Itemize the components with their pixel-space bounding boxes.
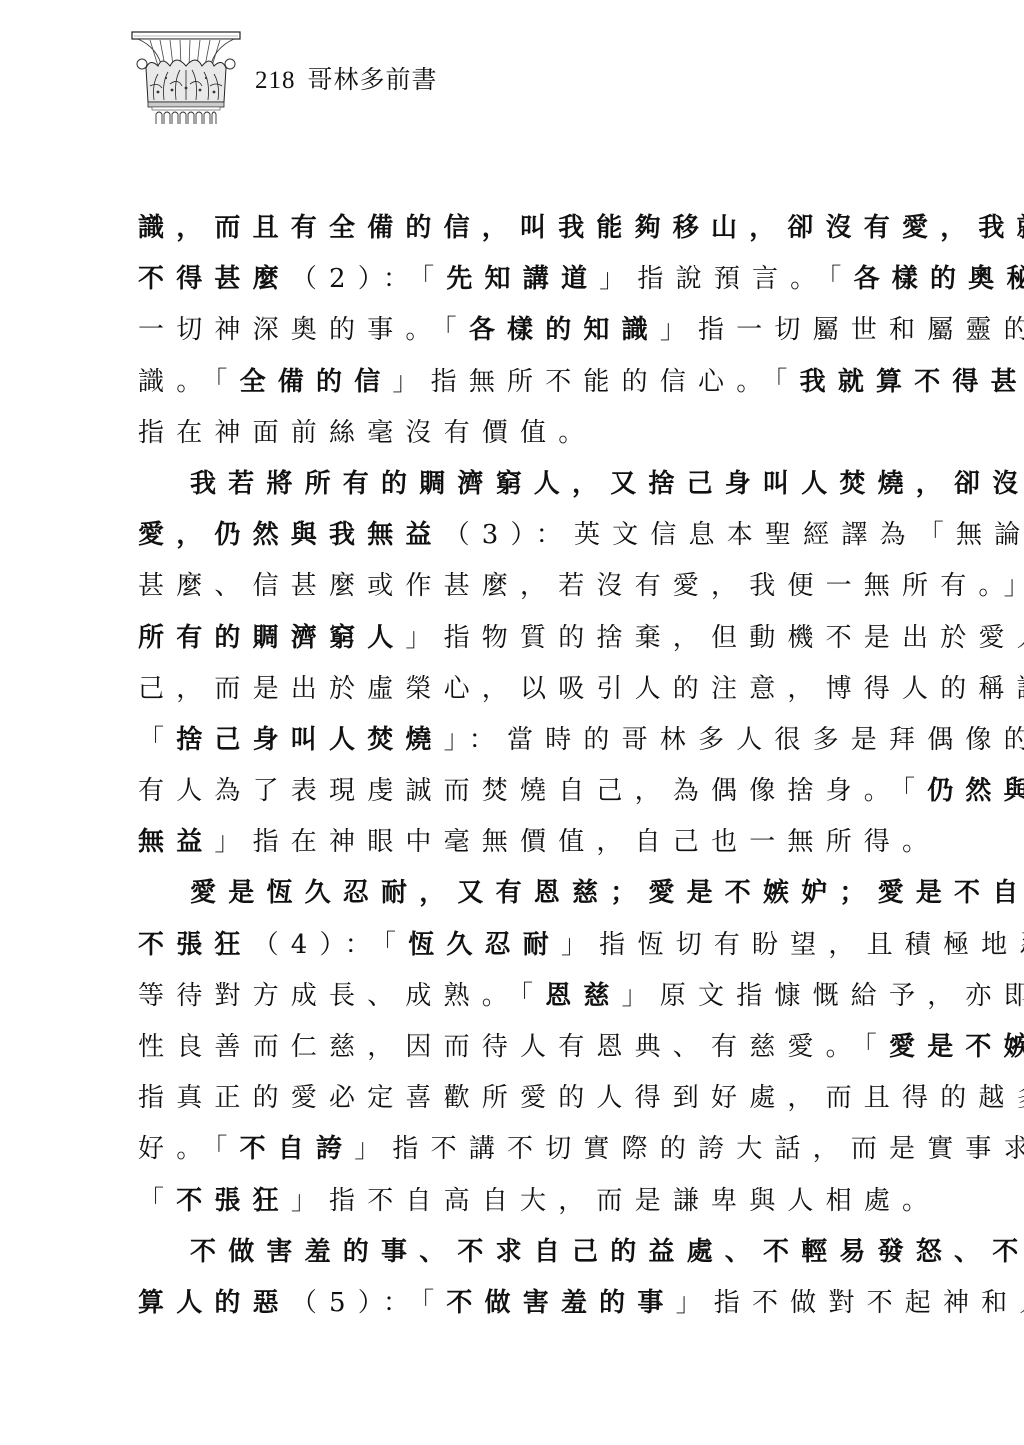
scripture-quote: 識，而且有全備的信，叫我能夠移山，卻沒有愛，我就算 [138,213,1024,243]
commentary-text: 」指無所不能的信心。「 [392,367,799,397]
commentary-text: 」原文指慷慨給予，亦即心 [622,981,1024,1011]
commentary-text: 識。「 [138,367,240,397]
commentary-text: 有人為了表現虔誠而焚燒自己，為偶像捨身。「 [138,776,927,806]
commentary-text: 等待對方成長、成熟。「 [138,981,545,1011]
text-line: 等待對方成長、成熟。「恩慈」原文指慷慨給予，亦即心 [138,971,866,1022]
text-line: 識，而且有全備的信，叫我能夠移山，卻沒有愛，我就算 [138,203,866,254]
scripture-quote: 愛是不嫉妒 [889,1032,1024,1062]
page-number: 218 [255,67,296,94]
corinthian-capital-icon [128,28,244,126]
text-line: 無益」指在神眼中毫無價值，自己也一無所得。 [138,817,866,868]
commentary-text: 好。「 [138,1134,240,1164]
scripture-quote: 我若將所有的賙濟窮人，又捨己身叫人焚燒，卻沒有 [190,469,1024,499]
scripture-quote: 不張狂 [176,1186,291,1216]
text-line: 算人的惡（5）：「不做害羞的事」指不做對不起神和人的 [138,1278,866,1329]
commentary-text: 甚麼、信甚麼或作甚麼，若沒有愛，我便一無所有。」「 [138,571,1024,601]
text-line: 識。「全備的信」指無所不能的信心。「我就算不得甚麼」 [138,357,866,408]
text-line: 指在神面前絲毫沒有價值。 [138,408,866,459]
running-head: 218哥林多前書 [255,60,438,96]
scripture-quote: 所有的賙濟窮人 [138,623,405,653]
page-header: 218哥林多前書 [0,0,1024,140]
commentary-text: 」指不做對不起神和人的 [676,1288,1024,1318]
text-line: 好。「不自誇」指不講不切實際的誇大話，而是實事求是。 [138,1124,866,1175]
commentary-text: 指在神面前絲毫沒有價值。 [138,418,596,448]
scripture-quote: 先知講道 [446,264,599,294]
commentary-text: 」指說預言。「 [599,264,853,294]
scripture-quote: 不做害羞的事 [446,1288,675,1318]
text-line: 性良善而仁慈，因而待人有恩典、有慈愛。「愛是不嫉妒」 [138,1022,866,1073]
commentary-text: 「 [138,1186,176,1216]
commentary-text: 」指在神眼中毫無價值，自己也一無所得。 [214,827,940,857]
text-line: 甚麼、信甚麼或作甚麼，若沒有愛，我便一無所有。」「將 [138,561,866,612]
scripture-quote: 不張狂 [138,930,253,960]
commentary-text: 」指不自高自大，而是謙卑與人相處。 [291,1186,940,1216]
commentary-text: 一切神深奧的事。「 [138,315,469,345]
commentary-text: 」：當時的哥林多人很多是拜偶像的， [444,725,1024,755]
commentary-text: 」指物質的捨棄，但動機不是出於愛人如 [405,623,1024,653]
commentary-text: 」指一切屬世和屬靈的知 [660,315,1024,345]
text-line: 所有的賙濟窮人」指物質的捨棄，但動機不是出於愛人如 [138,613,866,664]
scripture-quote: 捨己身叫人焚燒 [176,725,443,755]
text-line: 「不張狂」指不自高自大，而是謙卑與人相處。 [138,1176,866,1227]
text-line: 「捨己身叫人焚燒」：當時的哥林多人很多是拜偶像的， [138,715,866,766]
scripture-quote: 仍然與我 [927,776,1024,806]
scripture-quote: 不做害羞的事、不求自己的益處、不輕易發怒、不計 [190,1237,1024,1267]
commentary-body: 識，而且有全備的信，叫我能夠移山，卻沒有愛，我就算不得甚麼（2）：「先知講道」指… [138,203,866,1329]
scripture-quote: 算人的惡 [138,1288,291,1318]
commentary-text: 」指不講不切實際的誇大話，而是實事求是。 [354,1134,1024,1164]
commentary-text: 性良善而仁慈，因而待人有恩典、有慈愛。「 [138,1032,889,1062]
scripture-quote: 恆久忍耐 [408,930,561,960]
scripture-quote: 全備的信 [240,367,393,397]
text-line: 不張狂（4）：「恆久忍耐」指恆切有盼望，且積極地忍耐 [138,920,866,971]
text-line: 有人為了表現虔誠而焚燒自己，為偶像捨身。「仍然與我 [138,766,866,817]
commentary-text: 指真正的愛必定喜歡所愛的人得到好處，而且得的越多越 [138,1083,1024,1113]
scripture-quote: 無益 [138,827,214,857]
book-title: 哥林多前書 [308,67,438,94]
commentary-text: 」指恆切有盼望，且積極地忍耐 [561,930,1024,960]
text-line: 愛，仍然與我無益（3）：英文信息本聖經譯為「無論我說 [138,510,866,561]
scripture-quote: 恩慈 [545,981,621,1011]
scripture-quote: 愛，仍然與我無益 [138,520,444,550]
scripture-quote: 愛是恆久忍耐，又有恩慈；愛是不嫉妒；愛是不自誇、 [190,878,1024,908]
text-line: 我若將所有的賙濟窮人，又捨己身叫人焚燒，卻沒有 [138,459,866,510]
commentary-text: （5）：「 [291,1288,447,1318]
text-line: 一切神深奧的事。「各樣的知識」指一切屬世和屬靈的知 [138,305,866,356]
commentary-text: 「 [138,725,176,755]
text-line: 不得甚麼（2）：「先知講道」指說預言。「各樣的奧秘」指 [138,254,866,305]
text-line: 己，而是出於虛榮心，以吸引人的注意，博得人的稱讚。 [138,664,866,715]
scripture-quote: 我就算不得甚麼 [800,367,1024,397]
commentary-text: 己，而是出於虛榮心，以吸引人的注意，博得人的稱讚。 [138,674,1024,704]
commentary-text: （3）：英文信息本聖經譯為「無論我說 [444,520,1024,550]
text-line: 不做害羞的事、不求自己的益處、不輕易發怒、不計 [138,1227,866,1278]
commentary-text: （2）：「 [291,264,447,294]
scripture-quote: 不得甚麼 [138,264,291,294]
scripture-quote: 各樣的奧秘 [854,264,1024,294]
text-line: 愛是恆久忍耐，又有恩慈；愛是不嫉妒；愛是不自誇、 [138,868,866,919]
commentary-text: （4）：「 [253,930,409,960]
scripture-quote: 不自誇 [240,1134,355,1164]
scripture-quote: 各樣的知識 [469,315,660,345]
text-line: 指真正的愛必定喜歡所愛的人得到好處，而且得的越多越 [138,1073,866,1124]
